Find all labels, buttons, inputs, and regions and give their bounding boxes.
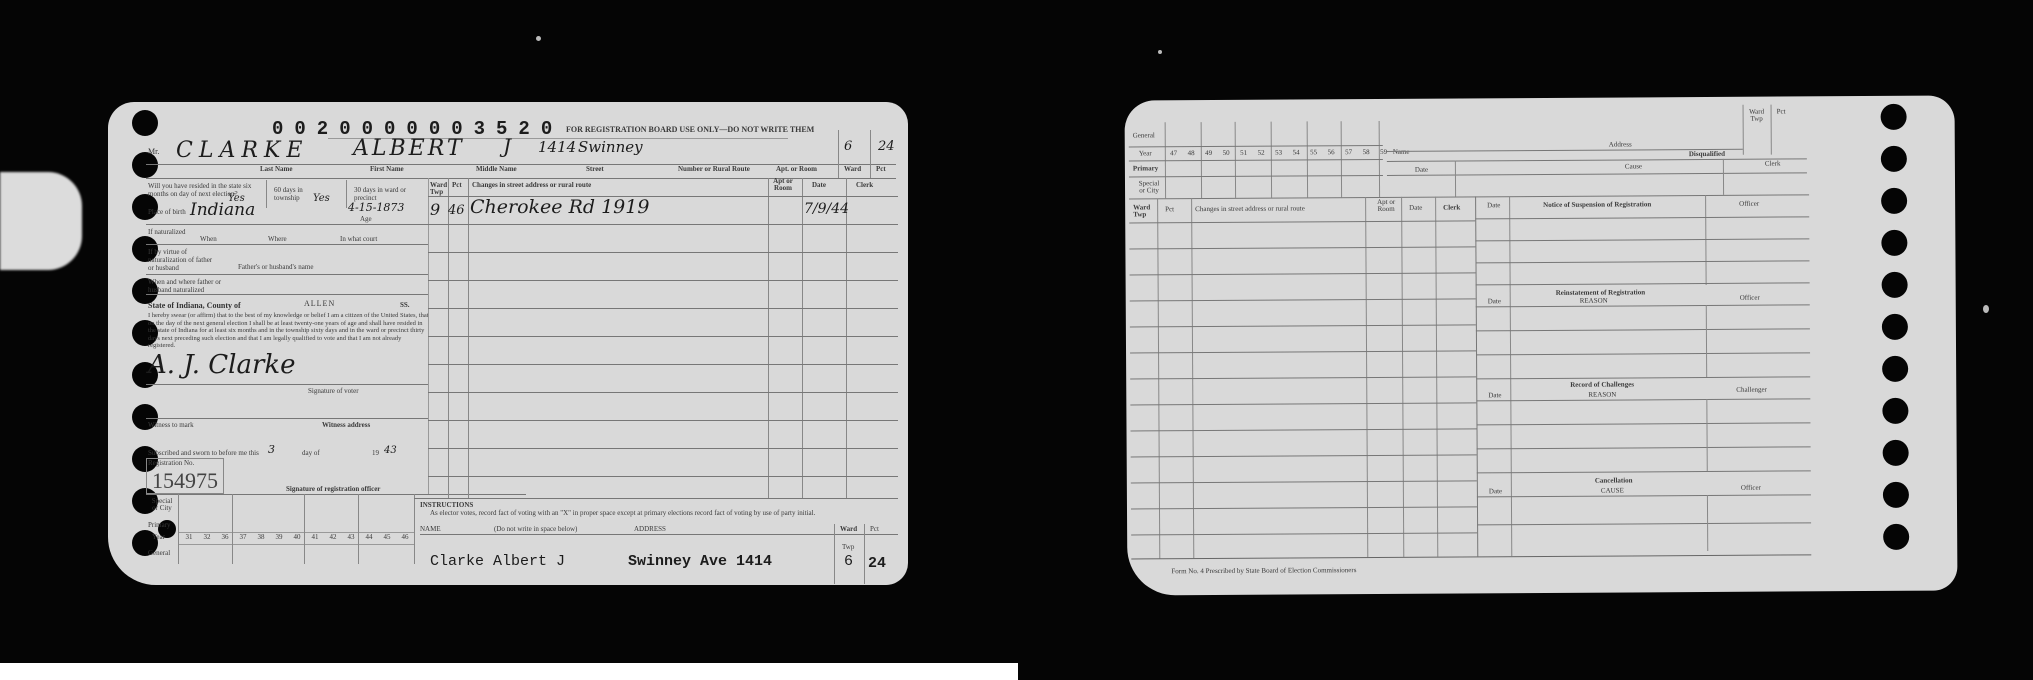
suspension-heading: Notice of Suspension of Registration: [1543, 201, 1651, 209]
col-clerk: Clerk: [1443, 204, 1460, 211]
place-of-birth-label: Place of birth: [148, 208, 188, 216]
year-cell: 56: [1322, 149, 1340, 156]
year-cell: 42: [324, 534, 342, 541]
typed-ward: 6: [844, 554, 853, 569]
voter-signature: A. J. Clarke: [148, 352, 296, 378]
punch-hole: [1882, 272, 1908, 298]
resided-state-question: Will you have resided in the state six m…: [148, 182, 263, 198]
reinst-date-label: Date: [1488, 298, 1501, 305]
disq-date-label: Date: [1415, 167, 1428, 174]
canc-officer-label: Officer: [1741, 485, 1761, 492]
header-notice: FOR REGISTRATION BOARD USE ONLY—DO NOT W…: [566, 126, 814, 134]
day-of-label: day of: [302, 450, 320, 457]
father-name-label: Father's or husband's name: [238, 264, 313, 271]
col-ward-twp: Ward Twp: [1133, 204, 1153, 218]
typed-address: Swinney Ave 1414: [628, 554, 772, 569]
year-row-label: Year: [152, 534, 165, 541]
oath-text: I hereby swear (or affirm) that to the b…: [148, 312, 430, 350]
scan-glare: [0, 172, 82, 270]
naturalized-where-label: Where: [268, 236, 287, 243]
col-date: Date: [1409, 205, 1422, 212]
disq-ward-label: Ward Twp: [1747, 109, 1767, 123]
col-date: Date: [812, 182, 826, 189]
registration-card-back: General Year Primary Special or City 47 …: [1124, 95, 1957, 595]
footer-ward-label: Ward: [840, 526, 857, 533]
punch-hole: [1883, 482, 1909, 508]
year-cell: 48: [1182, 150, 1200, 157]
year-cell: 32: [198, 534, 216, 541]
year-cell: 58: [1357, 149, 1375, 156]
chal-date-label: Date: [1488, 392, 1501, 399]
footer-address-label: ADDRESS: [634, 526, 666, 533]
year-cell: 44: [360, 534, 378, 541]
dust-speck: [536, 36, 541, 41]
col-pct: Pct: [1165, 206, 1174, 213]
middle-name-label: Middle Name: [476, 166, 517, 173]
punch-hole: [1882, 356, 1908, 382]
registration-card-front: 0020000003520 FOR REGISTRATION BOARD USE…: [108, 102, 908, 585]
disq-address-label: Address: [1609, 141, 1632, 148]
by-virtue-label: If by virtue of naturalization of father…: [148, 248, 218, 272]
primary-row-label: Primary: [1133, 165, 1158, 172]
col-changes: Changes in street address or rural route: [472, 182, 591, 189]
susp-officer-label: Officer: [1739, 201, 1759, 208]
year-cells: 47 48 49 50 51 52 53 54 55 56 57 58 59: [1165, 149, 1393, 157]
chal-reason-label: REASON: [1588, 392, 1616, 399]
resided-township-value: Yes: [313, 194, 330, 204]
col-changes: Changes in street address or rural route: [1195, 205, 1305, 213]
year-cell: 53: [1270, 150, 1288, 157]
typed-pct: 24: [868, 556, 886, 571]
dust-speck: [1158, 50, 1162, 54]
col-apt: Apt or Room: [772, 178, 794, 192]
cancellation-heading: Cancellation: [1595, 477, 1633, 484]
year-cell: 51: [1235, 150, 1253, 157]
naturalized-when-label: When: [200, 236, 217, 243]
dust-speck: [1983, 305, 1989, 313]
typed-name: Clarke Albert J: [430, 554, 565, 569]
reinst-officer-label: Officer: [1740, 295, 1760, 302]
ward-value: 6: [844, 140, 852, 153]
naturalized-court-label: In what court: [340, 236, 377, 243]
voter-signature-label: Signature of voter: [308, 388, 359, 395]
pct-value: 24: [878, 140, 895, 153]
punch-hole: [1881, 188, 1907, 214]
year-cell: 47: [1165, 150, 1183, 157]
punch-hole: [1881, 104, 1907, 130]
punch-hole: [132, 110, 158, 136]
year-cell: 45: [378, 534, 396, 541]
middle-initial-value: J: [503, 136, 511, 156]
primary-row-label: Primary: [148, 522, 171, 529]
canc-cause-label: CAUSE: [1601, 487, 1624, 494]
pct-label: Pct: [876, 166, 886, 173]
witness-address-label: Witness address: [322, 422, 370, 429]
year-cell: 46: [396, 534, 414, 541]
year-cell: 41: [306, 534, 324, 541]
oath-ss: SS.: [400, 302, 410, 309]
year-cell: 38: [252, 534, 270, 541]
year-cell: 57: [1340, 149, 1358, 156]
change-ward-value: 9: [430, 202, 440, 218]
change-address-value: Cherokee Rd 1919: [470, 198, 649, 217]
disq-pct-label: Pct: [1777, 109, 1786, 116]
punch-hole: [1883, 440, 1909, 466]
house-number-value: 1414: [538, 140, 576, 155]
registration-number: 154975: [152, 470, 218, 492]
punch-hole: [1882, 398, 1908, 424]
chal-challenger-label: Challenger: [1736, 387, 1767, 394]
scan-edge-strip: [0, 663, 1018, 680]
number-label: Number or Rural Route: [678, 166, 750, 173]
punch-hole: [1881, 230, 1907, 256]
place-of-birth-value: Indiana: [190, 202, 255, 219]
naturalized-label: If naturalized: [148, 228, 198, 236]
col-apt: Apt or Room: [1373, 199, 1399, 213]
street-label: Street: [586, 166, 604, 173]
footer-name-label: NAME: [420, 526, 441, 533]
disq-heading: Disqualified: [1689, 151, 1725, 158]
instructions-heading: INSTRUCTIONS: [420, 502, 473, 509]
year-cell: 37: [234, 534, 252, 541]
change-date-value: 7/9/44: [804, 202, 849, 216]
witness-label: Witness to mark: [148, 422, 194, 429]
susp-date-label: Date: [1487, 202, 1500, 209]
oath-heading: State of Indiana, County of: [148, 302, 241, 310]
col-pct: Pct: [452, 182, 462, 189]
year-cell: 31: [180, 534, 198, 541]
sworn-label: Subscribed and sworn to before me this: [148, 450, 259, 457]
general-row-label: General: [1133, 132, 1155, 139]
punch-hole: [1882, 314, 1908, 340]
punch-hole: [1881, 146, 1907, 172]
apt-label: Apt. or Room: [776, 166, 817, 173]
year-cell: 49: [1200, 150, 1218, 157]
first-name-value: ALBERT: [353, 138, 465, 160]
disq-clerk-label: Clerk: [1765, 161, 1781, 168]
father-when-label: When and where father or husband natural…: [148, 278, 228, 294]
disq-cause-label: Cause: [1625, 163, 1642, 170]
special-row-label: Special or City: [1135, 180, 1163, 194]
punch-hole: [1883, 524, 1909, 550]
sworn-day-value: 3: [268, 444, 275, 455]
county-value: ALLEN: [304, 300, 335, 308]
title-prefix: Mr.: [148, 148, 159, 156]
age-label: Age: [360, 216, 372, 223]
last-name-value: CLARKE: [176, 140, 308, 162]
ward-label: Ward: [844, 166, 861, 173]
reinst-reason-label: REASON: [1580, 298, 1608, 305]
special-row-label: Special or City: [148, 498, 176, 512]
footer-note: (Do not write in space below): [494, 526, 577, 533]
footer-pct-label: Pct: [870, 526, 879, 533]
last-name-label: Last Name: [260, 166, 292, 173]
col-ward-twp: Ward Twp: [430, 182, 448, 196]
col-clerk: Clerk: [856, 182, 873, 189]
form-footer: Form No. 4 Prescribed by State Board of …: [1171, 567, 1356, 575]
change-pct-value: 46: [448, 204, 465, 217]
year-cell: 52: [1252, 150, 1270, 157]
resided-ward-question: 30 days in ward or precinct: [354, 186, 414, 202]
year-cell: 54: [1287, 149, 1305, 156]
year-cell: 50: [1217, 150, 1235, 157]
birth-date-value: 4-15-1873: [348, 202, 404, 213]
street-value: Swinney: [578, 140, 643, 155]
year-prefix-label: 19: [372, 450, 379, 457]
year-row-label: Year: [1139, 150, 1152, 157]
instructions-text: As elector votes, record fact of voting …: [430, 510, 860, 517]
canc-date-label: Date: [1489, 488, 1502, 495]
footer-twp-label: Twp: [842, 544, 854, 551]
year-cell: 39: [270, 534, 288, 541]
first-name-label: First Name: [370, 166, 404, 173]
year-cells: 31 32 36 37 38 39 40 41 42 43 44 45 46: [180, 534, 414, 541]
sworn-year-value: 43: [384, 446, 397, 456]
challenges-heading: Record of Challenges: [1570, 381, 1634, 388]
officer-signature-label: Signature of registration officer: [286, 486, 380, 493]
general-row-label: General: [148, 550, 170, 557]
